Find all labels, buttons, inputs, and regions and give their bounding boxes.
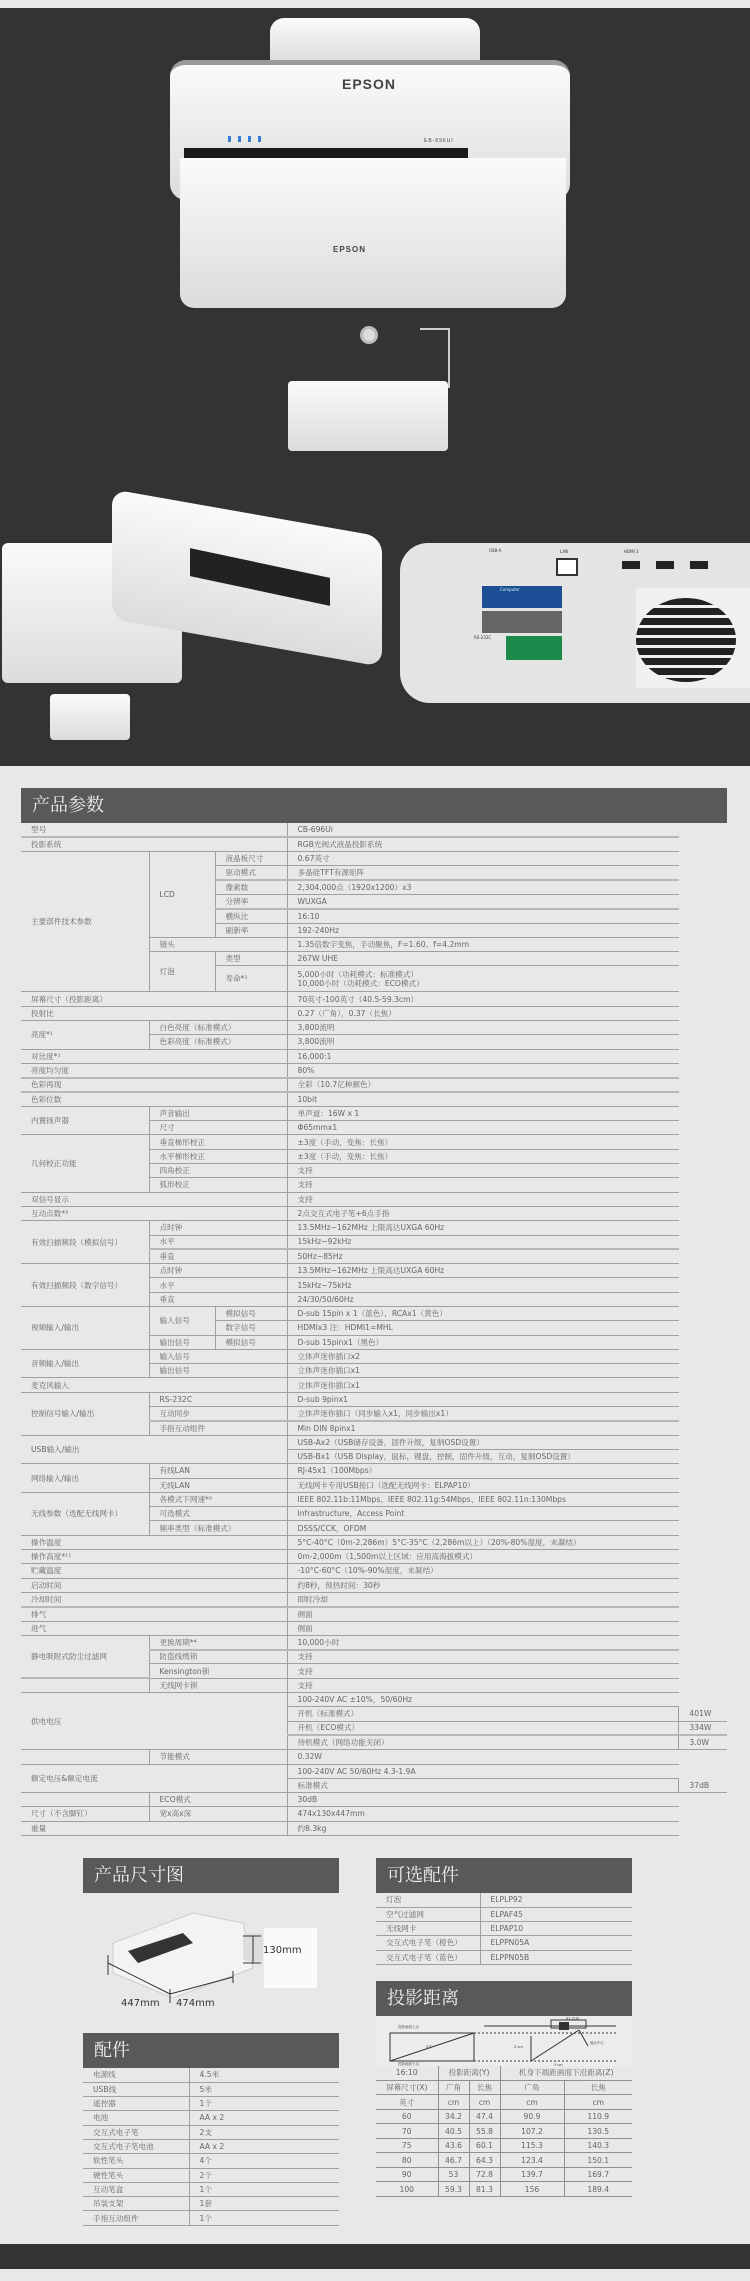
spec-value-text: 15kHz~92kHz [298, 1237, 675, 1246]
spec-item: 模拟信号 [215, 1335, 287, 1349]
spec-value-text: D-sub 15pinx1（黑色） [298, 1338, 675, 1347]
spec-value: D-sub 15pin x 1（蓝色），RCAx1（黄色） [287, 1307, 679, 1321]
spec-value-text: Infrastructure，Access Point [298, 1509, 675, 1518]
projection-cell: 115.3 [500, 2138, 564, 2153]
item-name: 软性笔头 [83, 2154, 189, 2168]
spec-value: 192-240Hz [287, 923, 679, 937]
spec-category: 投影系统 [21, 837, 287, 851]
spec-subcategory: 防盗线缆锁 [149, 1650, 287, 1664]
spec-value: 5°C-40°C（0m-2,286m）5°C-35°C（2,286m以上）（20… [287, 1535, 679, 1549]
accessory-row: 电池AA x 2 [83, 2111, 339, 2125]
spec-value-text: 立体声迷你插口（同步输入x1，同步输出x1） [298, 1409, 675, 1418]
spec-row: 无线参数（选配无线网卡）各模式下网速*⁹IEEE 802.11b:11Mbps、… [21, 1492, 727, 1506]
hdmi-ports [622, 561, 722, 569]
dim1-label: 91.7cm [566, 2016, 580, 2020]
spec-value: IEEE 802.11b:11Mbps、IEEE 802.11g:54Mbps、… [287, 1492, 679, 1506]
spec-subcategory: 四角校正 [149, 1164, 287, 1178]
unit-cm: cm [500, 2095, 564, 2110]
accessory-row: 互动笔盒1个 [83, 2182, 339, 2196]
spec-item: 分辨率 [215, 894, 287, 908]
label-lan: LAN [560, 549, 568, 554]
projection-cell: 90 [376, 2167, 438, 2182]
projection-title: 投影距离 [376, 1981, 632, 2016]
accessory-row: 软性笔头4个 [83, 2154, 339, 2168]
spec-row: 有效扫描频段（模拟信号）点时钟13.5MHz~162MHz 上限高达UXGA 6… [21, 1221, 727, 1235]
item-name: 硬性笔头 [83, 2168, 189, 2182]
spec-category: 几何校正功能 [21, 1135, 149, 1192]
spec-category: USB输入/输出 [21, 1435, 287, 1464]
projection-row: 10059.381.3156189.4 [376, 2182, 632, 2197]
spec-subcategory: RS-232C [149, 1392, 287, 1406]
spec-subcategory: 频率类型（标准模式） [149, 1521, 287, 1535]
spec-value: HDMIx3 注：HDMI1=MHL [287, 1321, 679, 1335]
spec-value: 支持 [287, 1164, 679, 1178]
spec-value: 474x130x447mm [287, 1807, 679, 1821]
spec-item: 横纵比 [215, 909, 287, 923]
spec-value-text: 16:10 [298, 912, 675, 921]
item-name: USB线 [83, 2082, 189, 2096]
spec-row: 启动时间约8秒，预热时间：30秒 [21, 1578, 727, 1592]
spec-row: 冷却时间即时冷却 [21, 1592, 727, 1606]
item-value: 1套 [189, 2197, 339, 2211]
spec-category [21, 1750, 149, 1764]
spec-row: 排气侧面 [21, 1607, 727, 1621]
label-hdmi3: HDMI 3 [624, 549, 639, 554]
spec-row: 额定电压&额定电流100-240V AC 50/60Hz 4.3-1.9A [21, 1764, 727, 1778]
spec-subcategory: 输入信号 [149, 1349, 287, 1363]
projection-row: 6034.247.490.9110.9 [376, 2109, 632, 2124]
spec-category: 尺寸（不含脚钉） [21, 1807, 149, 1821]
spec-value: 0m-2,000m（1,500m以上区域：应用高海拔模式） [287, 1550, 679, 1564]
spec-value: 13.5MHz~162MHz 上限高达UXGA 60Hz [287, 1221, 679, 1235]
spec-value-text: 支持 [298, 1195, 675, 1204]
spec-value: DSSS/CCK，OFDM [287, 1521, 679, 1535]
spec-item: 寿命*¹ [215, 966, 287, 992]
projection-row: 8046.764.3123.4150.1 [376, 2153, 632, 2168]
spec-value-text: 1.35倍数字变焦，手动聚焦，F=1.60、f=4.2mm [298, 940, 675, 949]
spec-row: 型号CB-696Ui [21, 823, 727, 837]
projection-cell: 43.6 [438, 2138, 469, 2153]
projection-cell: 34.2 [438, 2109, 469, 2124]
unit-cm: cm [469, 2095, 500, 2110]
spec-value-text: 支持 [298, 1667, 675, 1676]
accessory-row: 电源线4.5米 [83, 2068, 339, 2082]
spec-row: 视频输入/输出输入信号模拟信号D-sub 15pin x 1（蓝色），RCAx1… [21, 1307, 727, 1321]
spec-value-text: 192-240Hz [298, 926, 675, 935]
accessory-row: 交互式电子笔2支 [83, 2125, 339, 2139]
projection-cell: 169.7 [564, 2167, 632, 2182]
brand-logo: EPSON [342, 76, 396, 92]
spec-value: 立体声迷你插口x2 [287, 1349, 679, 1363]
spec-value: 100-240V AC 50/60Hz 4.3-1.9A [287, 1764, 679, 1778]
spec-row: 进气侧面 [21, 1621, 727, 1635]
spec-value: 立体声迷你插口x1 [287, 1378, 679, 1392]
item-name: 无线网卡 [376, 1922, 480, 1936]
item-value: 2个 [189, 2168, 339, 2182]
spec-row: 屏幕尺寸（投影距离）70英寸-100英寸（40.5-59.3cm） [21, 992, 727, 1006]
spec-row: 音频输入/输出输入信号立体声迷你插口x2 [21, 1349, 727, 1363]
spec-category: 型号 [21, 823, 287, 837]
spec-subcategory: 声音输出 [149, 1106, 287, 1120]
projection-cell: 110.9 [564, 2109, 632, 2124]
spec-subcategory: 点时钟 [149, 1264, 287, 1278]
spec-row: 麦克风输入立体声迷你插口x1 [21, 1378, 727, 1392]
projection-cell: 53 [438, 2167, 469, 2182]
specs-table: 型号CB-696Ui投影系统RGB光阀式液晶投影系统主要部件技术参数LCD液晶板… [21, 823, 727, 1836]
item-value: ELPPN05B [480, 1950, 632, 1964]
projection-header-row-3: 英寸 cm cm cm cm [376, 2095, 632, 2110]
spec-subcategory: 输入信号 [149, 1307, 215, 1336]
projection-row: 905372.8139.7169.7 [376, 2167, 632, 2182]
spec-value-text: 立体声迷你插口x1 [298, 1381, 675, 1390]
spec-category: 网络输入/输出 [21, 1464, 149, 1493]
optional-table: 灯泡ELPLP92空气过滤网ELPAF45无线网卡ELPAP10交互式电子笔（橙… [376, 1893, 632, 1965]
header-tele-y: 长焦 [469, 2080, 500, 2095]
spec-value: -10°C-60°C（10%-90%湿度，未凝结） [287, 1564, 679, 1578]
spec-value: 全彩（10.7亿种颜色） [287, 1078, 679, 1092]
spec-row: 操作温度5°C-40°C（0m-2,286m）5°C-35°C（2,286m以上… [21, 1535, 727, 1549]
spec-category: 进气 [21, 1621, 287, 1635]
dimensions-title: 产品尺寸图 [83, 1858, 339, 1893]
spec-value-text: D-sub 9pinx1 [298, 1395, 675, 1404]
spec-subcategory: 互动同步 [149, 1407, 287, 1421]
projection-cell: 55.8 [469, 2124, 500, 2139]
touch-unit [288, 381, 448, 451]
spec-value-text: 24/30/50/60Hz [298, 1295, 675, 1304]
item-name: 空气过滤网 [376, 1907, 480, 1921]
spec-value-text: 3.0W [689, 1738, 723, 1747]
spec-item: 刷新率 [215, 923, 287, 937]
spec-subcategory: 镜头 [149, 937, 287, 951]
spec-value: 24/30/50/60Hz [287, 1292, 679, 1306]
spec-value-text: RGB光阀式液晶投影系统 [298, 840, 675, 849]
spec-value: 立体声迷你插口（同步输入x1，同步输出x1） [287, 1407, 679, 1421]
spec-subcategory: 输出信号 [149, 1364, 287, 1378]
optional-accessory-row: 灯泡ELPLP92 [376, 1893, 632, 1907]
spec-value: 约8秒，预热时间：30秒 [287, 1578, 679, 1592]
port-monitor-out-gray [482, 611, 562, 633]
spec-value: 334W [679, 1721, 727, 1735]
spec-value-text: 立体声迷你插口x2 [298, 1352, 675, 1361]
spec-value: Min DIN 8pinx1 [287, 1421, 679, 1435]
projection-cell: 123.4 [500, 2153, 564, 2168]
label-computer: Computer [500, 587, 520, 592]
spec-item: 模拟信号 [215, 1307, 287, 1321]
spec-value-text: CB-696Ui [298, 825, 675, 834]
spec-value: ±3度（手动，变焦：长焦） [287, 1135, 679, 1149]
item-value: ELPPN05A [480, 1936, 632, 1950]
item-name: 交互式电子笔 [83, 2125, 189, 2139]
spec-value: 13.5MHz~162MHz 上限高达UXGA 60Hz [287, 1264, 679, 1278]
spec-subcategory: 垂直 [149, 1292, 287, 1306]
spec-value: 401W [679, 1707, 727, 1721]
model-tag: EB-696UI [424, 138, 454, 144]
spec-value-text: 401W [689, 1709, 723, 1718]
width-label: 474mm [176, 1998, 215, 2009]
projection-cell: 150.1 [564, 2153, 632, 2168]
spec-value: 约8.3kg [287, 1821, 679, 1835]
projection-row: 7543.660.1115.3140.3 [376, 2138, 632, 2153]
accessory-row: USB线5米 [83, 2082, 339, 2096]
spec-value-text: 334W [689, 1723, 723, 1732]
projection-cell: 46.7 [438, 2153, 469, 2168]
spec-value: 3.0W [679, 1735, 727, 1749]
accessories-title: 配件 [83, 2033, 339, 2068]
spec-value-text: 即时冷却 [298, 1595, 675, 1604]
spec-value-text: -10°C-60°C（10%-90%湿度，未凝结） [298, 1566, 675, 1575]
spec-category: 额定电压&额定电流 [21, 1764, 287, 1793]
item-name: 交互式电子笔（橙色） [376, 1936, 480, 1950]
spec-value: 支持 [287, 1192, 679, 1206]
spec-value-text: 0.67英寸 [298, 854, 675, 863]
projection-cell: 140.3 [564, 2138, 632, 2153]
spec-value: 支持 [287, 1178, 679, 1192]
spec-category: 色彩位数 [21, 1092, 287, 1106]
projection-cell: 60.1 [469, 2138, 500, 2153]
accessory-row: 硬性笔头2个 [83, 2168, 339, 2182]
spec-value-text: 支持 [298, 1652, 675, 1661]
spec-value-text: 80% [298, 1066, 675, 1075]
projection-cell: 64.3 [469, 2153, 500, 2168]
spec-value-text: USB-Ax2（USB储存设备，固件升级，复制OSD设置） [298, 1438, 675, 1447]
projection-cell: 40.5 [438, 2124, 469, 2139]
item-value: 5米 [189, 2082, 339, 2096]
projection-drawing: 投影画面上沿 投影画面下沿 X寸 Y cm Z cm 镜头中心 91.7cm [376, 2016, 632, 2066]
spec-value-text: 10,000小时（功耗模式：ECO模式） [298, 979, 675, 988]
spec-item: 驱动模式 [215, 866, 287, 880]
spec-row: 亮度均匀度80% [21, 1063, 727, 1077]
spec-row: 亮度*¹白色亮度（标准模式）3,800流明 [21, 1021, 727, 1035]
spec-category: 排气 [21, 1607, 287, 1621]
projection-cell: 47.4 [469, 2109, 500, 2124]
spec-row: ECO模式30dB [21, 1793, 727, 1807]
spec-category [21, 1793, 149, 1807]
spec-value: RGB光阀式液晶投影系统 [287, 837, 679, 851]
dimension-diagram: 130mm 447mm 474mm [83, 1893, 339, 2033]
item-name: 电池 [83, 2111, 189, 2125]
projection-cell: 75 [376, 2138, 438, 2153]
spec-subcategory: 输出信号 [149, 1335, 215, 1349]
spec-value-text: 5,000小时（功耗模式：标准模式） [298, 970, 675, 979]
projector-front-image [270, 18, 480, 63]
accessory-row: 手指互动组件1个 [83, 2211, 339, 2225]
spec-value-text: 2,304,000点（1920x1200）x3 [298, 883, 675, 892]
spec-value: USB-Ax2（USB储存设备，固件升级，复制OSD设置） [287, 1435, 679, 1449]
spec-category: 有效扫描频段（模拟信号） [21, 1221, 149, 1264]
spec-value: 即时冷却 [287, 1592, 679, 1606]
spec-subcategory: 无线网卡锁 [149, 1678, 287, 1692]
label-rs232c: RS-232C [474, 635, 491, 640]
spec-value-text: 16,000:1 [298, 1052, 675, 1061]
spec-category: 双信号显示 [21, 1192, 287, 1206]
spec-value-text: 474x130x447mm [298, 1809, 675, 1818]
spec-value-text: 13.5MHz~162MHz 上限高达UXGA 60Hz [298, 1266, 675, 1275]
projection-table: 16:10 投影距离(Y) 机身下端距画面下沿距离(Z) 屏幕尺寸(X) 广角 … [376, 2066, 632, 2197]
spec-value-text: WUXGA [298, 897, 675, 906]
spec-value-text: 5°C-40°C（0m-2,286m）5°C-35°C（2,286m以上）（20… [298, 1538, 675, 1547]
accessory-row: 交互式电子笔电池AA x 2 [83, 2139, 339, 2153]
spec-subcategory: 节能模式 [149, 1750, 287, 1764]
projection-cell: 59.3 [438, 2182, 469, 2197]
spec-value: CB-696Ui [287, 823, 679, 837]
spec-category: 屏幕尺寸（投影距离） [21, 992, 287, 1006]
spec-value-text: 支持 [298, 1180, 675, 1189]
item-name: 电源线 [83, 2068, 189, 2082]
spec-value-text: 100-240V AC 50/60Hz 4.3-1.9A [298, 1767, 675, 1776]
port-video-green [506, 636, 562, 660]
label-usb-a: USB-A [489, 548, 501, 553]
projection-cell: 139.7 [500, 2167, 564, 2182]
fan-grille [636, 598, 736, 682]
spec-subcategory: 开机（ECO模式） [287, 1721, 679, 1735]
spec-row: 对比度*¹16,000:1 [21, 1049, 727, 1063]
spec-category: 控制信号输入/输出 [21, 1392, 149, 1435]
spec-row: 投射比0.27（广角），0.37（长焦） [21, 1006, 727, 1020]
item-name: 吊装支架 [83, 2197, 189, 2211]
spec-value: 2点交互式电子笔+6点手指 [287, 1206, 679, 1220]
spec-value-text: 30dB [298, 1795, 675, 1804]
spec-value: 50Hz~85Hz [287, 1249, 679, 1263]
spec-subcategory: 白色亮度（标准模式） [149, 1021, 287, 1035]
spec-value: 侧面 [287, 1607, 679, 1621]
spec-value: 10bit [287, 1092, 679, 1106]
spec-category: 内置扬声器 [21, 1106, 149, 1135]
header-distance-z: 机身下端距画面下沿距离(Z) [500, 2066, 632, 2081]
spec-row: 网络输入/输出有线LANRJ-45x1（100Mbps） [21, 1464, 727, 1478]
projection-cell: 60 [376, 2109, 438, 2124]
spec-subcategory: ECO模式 [149, 1793, 287, 1807]
spec-value-text: ±3度（手动，变焦：长焦） [298, 1152, 675, 1161]
spec-value: 支持 [287, 1664, 679, 1678]
spec-item: 液晶板尺寸 [215, 852, 287, 866]
specs-section: 产品参数 型号CB-696Ui投影系统RGB光阀式液晶投影系统主要部件技术参数L… [0, 766, 750, 2226]
optional-title: 可选配件 [376, 1858, 632, 1893]
spec-value-text: 约8.3kg [298, 1824, 675, 1833]
spec-value: 支持 [287, 1678, 679, 1692]
spec-category: 互动点数*³ [21, 1206, 287, 1220]
item-name: 交互式电子笔电池 [83, 2139, 189, 2153]
spec-row: 节能模式0.32W [21, 1750, 727, 1764]
spec-subcategory: LCD [149, 852, 215, 938]
angled-touch-unit [50, 694, 130, 740]
spec-value-text: 2点交互式电子笔+6点手指 [298, 1209, 675, 1218]
spec-value: 10,000小时 [287, 1635, 679, 1649]
spec-row: 静电吸附式防尘过滤网更换周期*⁴10,000小时 [21, 1635, 727, 1649]
spec-value-text: 多晶硅TFT有源矩阵 [298, 868, 675, 877]
spec-category: 主要部件技术参数 [21, 852, 149, 992]
spec-subcategory: 垂直梯形校正 [149, 1135, 287, 1149]
spec-value-text: 13.5MHz~162MHz 上限高达UXGA 60Hz [298, 1223, 675, 1232]
footer-bar [0, 2244, 750, 2269]
spec-value-text: USB-Bx1（USB Display，鼠标，键盘，控制，固件升级，互动，复制O… [298, 1452, 675, 1461]
sensor-knob [360, 326, 378, 344]
spec-subcategory: 水平梯形校正 [149, 1149, 287, 1163]
spec-category: 贮藏温度 [21, 1564, 287, 1578]
spec-value: 70英寸-100英寸（40.5-59.3cm） [287, 992, 679, 1006]
spec-value-text: 支持 [298, 1166, 675, 1175]
spec-value: RJ-45x1（100Mbps） [287, 1464, 679, 1478]
spec-category: 冷却时间 [21, 1592, 287, 1606]
spec-subcategory: 待机模式（网络功能关闭） [287, 1735, 679, 1749]
item-value: 4个 [189, 2154, 339, 2168]
spec-value-text: 侧面 [298, 1610, 675, 1619]
spec-value: 2,304,000点（1920x1200）x3 [287, 880, 679, 894]
spec-category: 操作温度 [21, 1535, 287, 1549]
projection-cell: 80 [376, 2153, 438, 2168]
projection-cell: 189.4 [564, 2182, 632, 2197]
spec-value-text: 0.32W [298, 1752, 675, 1761]
spec-category: 操作高度*¹¹ [21, 1550, 287, 1564]
spec-subcategory: 弧形校正 [149, 1178, 287, 1192]
header-ratio: 16:10 [376, 2066, 438, 2081]
spec-row: 色彩位数10bit [21, 1092, 727, 1106]
spec-row: 色彩再现全彩（10.7亿种颜色） [21, 1078, 727, 1092]
spec-value-text: IEEE 802.11b:11Mbps、IEEE 802.11g:54Mbps、… [298, 1495, 675, 1504]
lens-center-label: 镜头中心 [590, 2040, 604, 2045]
item-name: 手指互动组件 [83, 2211, 189, 2225]
spec-subcategory: 宽x高x深 [149, 1807, 287, 1821]
spec-value: WUXGA [287, 894, 679, 908]
spec-subcategory: 标准模式 [287, 1778, 679, 1792]
spec-subcategory: 尺寸 [149, 1121, 287, 1135]
item-value: 1个 [189, 2097, 339, 2111]
optional-accessory-row: 空气过滤网ELPAF45 [376, 1907, 632, 1921]
spec-value-text: 无线网卡专用USB接口（选配无线网卡：ELPAP10） [298, 1481, 675, 1490]
optional-accessory-row: 交互式电子笔（橙色）ELPPN05A [376, 1936, 632, 1950]
port-computer-blue [482, 586, 562, 608]
brand-logo-lower: EPSON [333, 245, 366, 254]
y-dist-label: Y cm [554, 2063, 563, 2066]
specs-title: 产品参数 [21, 788, 727, 823]
spec-item: 像素数 [215, 880, 287, 894]
spec-value: 单声道：16W x 1 [287, 1106, 679, 1120]
header-distance-y: 投影距离(Y) [438, 2066, 500, 2081]
spec-row: 互动点数*³2点交互式电子笔+6点手指 [21, 1206, 727, 1220]
projection-cell: 90.9 [500, 2109, 564, 2124]
spec-value-text: RJ-45x1（100Mbps） [298, 1466, 675, 1475]
unit-cm: cm [564, 2095, 632, 2110]
cable [420, 328, 450, 388]
spec-value: 15kHz~92kHz [287, 1235, 679, 1249]
item-value: ELPAF45 [480, 1907, 632, 1921]
product-hero: EPSON EB-696UI EPSON USB-A LAN HDMI 3 Co… [0, 8, 750, 766]
item-value: 1个 [189, 2211, 339, 2225]
item-name: 交互式电子笔（蓝色） [376, 1950, 480, 1964]
spec-category: 亮度均匀度 [21, 1063, 287, 1077]
spec-row: 几何校正功能垂直梯形校正±3度（手动，变焦：长焦） [21, 1135, 727, 1149]
spec-value: 267W UHE [287, 952, 679, 966]
spec-value-text: 单声道：16W x 1 [298, 1109, 675, 1118]
spec-category: 视频输入/输出 [21, 1307, 149, 1350]
spec-value-text: HDMIx3 注：HDMI1=MHL [298, 1323, 675, 1332]
spec-value-text: 100-240V AC ±10%，50/60Hz [298, 1695, 675, 1704]
spec-category: 静电吸附式防尘过滤网 [21, 1635, 149, 1678]
depth-label: 447mm [121, 1998, 160, 2009]
projection-header-row-2: 屏幕尺寸(X) 广角 长焦 广角 长焦 [376, 2080, 632, 2095]
spec-value: Φ65mmx1 [287, 1121, 679, 1135]
spec-value-text: 267W UHE [298, 954, 675, 963]
lower-section: 产品尺寸图 130mm 447mm 474m [0, 1858, 750, 2226]
spec-value: 15kHz~75kHz [287, 1278, 679, 1292]
spec-row: 控制信号输入/输出RS-232CD-sub 9pinx1 [21, 1392, 727, 1406]
projection-cell: 107.2 [500, 2124, 564, 2139]
spec-subcategory: 垂直 [149, 1249, 287, 1263]
accessory-row: 吊装支架1套 [83, 2197, 339, 2211]
spec-subcategory: 灯泡 [149, 952, 215, 992]
header-wide-y: 广角 [438, 2080, 469, 2095]
item-name: 互动笔盒 [83, 2182, 189, 2196]
spec-row: 有效扫描频段（数字信号）点时钟13.5MHz~162MHz 上限高达UXGA 6… [21, 1264, 727, 1278]
